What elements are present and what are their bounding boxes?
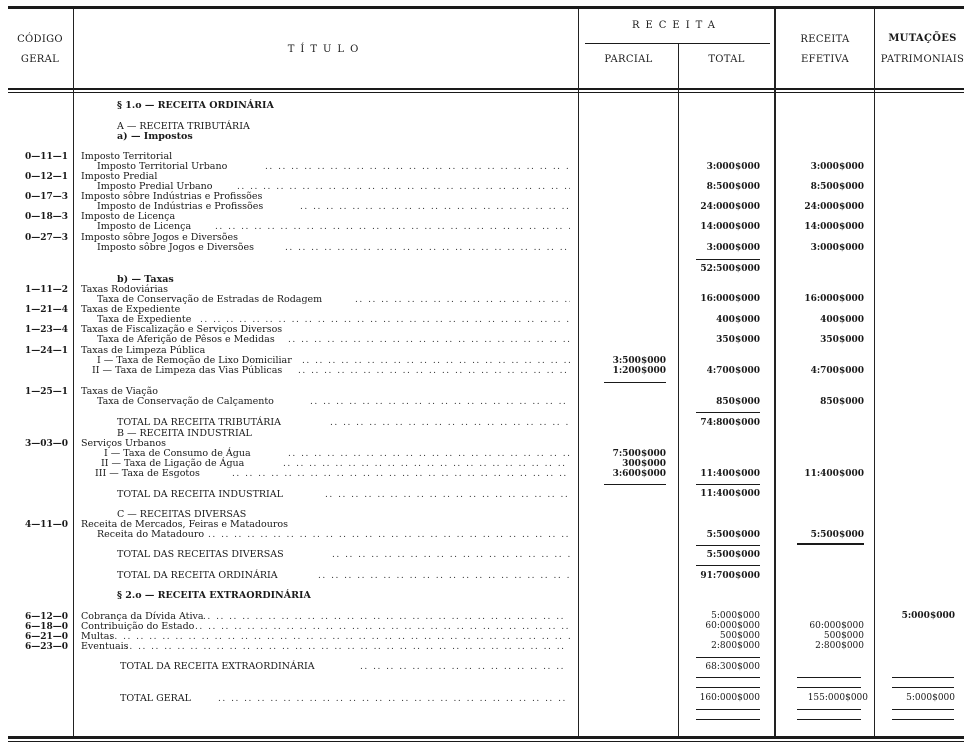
leader-dots: .. .. .. .. .. .. .. .. .. .. .. .. .. .… bbox=[332, 550, 570, 560]
row-code: 6—18—0 bbox=[10, 622, 68, 632]
leader-dots: .. .. .. .. .. .. .. .. .. .. .. .. .. .… bbox=[300, 202, 570, 212]
subtotal-rule bbox=[696, 484, 760, 485]
header-total: TOTAL bbox=[679, 54, 774, 65]
row-efetiva: 60:000$000 bbox=[780, 621, 864, 631]
efetiva-rule bbox=[797, 543, 864, 545]
col-divider-parcial bbox=[678, 44, 679, 736]
col-divider-titulo bbox=[578, 9, 579, 736]
leader-dots: .. .. .. .. .. .. .. .. .. .. .. .. .. .… bbox=[302, 356, 570, 366]
total-receitas-diversas-label: TOTAL DAS RECEITAS DIVERSAS bbox=[117, 550, 284, 560]
row-code: 6—21—0 bbox=[10, 632, 68, 642]
leader-dots: .. .. .. .. .. .. .. .. .. .. .. .. .. .… bbox=[237, 182, 570, 192]
row-efetiva: 11:400$000 bbox=[780, 469, 864, 479]
header-titulo: TÍTULO bbox=[74, 44, 578, 55]
row-total: 60:000$000 bbox=[680, 621, 760, 631]
leader-dots: .. .. .. .. .. .. .. .. .. .. .. .. .. .… bbox=[298, 366, 570, 376]
final-rule bbox=[696, 709, 760, 710]
parcial-rule bbox=[604, 484, 666, 485]
col-divider-code bbox=[73, 9, 74, 736]
header-mutacoes-2: PATRIMONIAIS bbox=[875, 54, 970, 65]
row-efetiva: 14:000$000 bbox=[780, 222, 864, 232]
row-efetiva: 4:700$000 bbox=[780, 366, 864, 376]
total-geral-mutacoes: 5:000$000 bbox=[880, 693, 955, 703]
row-total: 350$000 bbox=[680, 335, 760, 345]
row-efetiva: 16:000$000 bbox=[780, 294, 864, 304]
row-efetiva: 24:000$000 bbox=[780, 202, 864, 212]
leader-dots: .. .. .. .. .. .. .. .. .. .. .. .. .. .… bbox=[125, 642, 570, 652]
total-receita-extraordinaria: 68:300$000 bbox=[680, 662, 760, 672]
final-rule bbox=[892, 709, 954, 710]
row-total: 16:000$000 bbox=[680, 294, 760, 304]
row-efetiva: 5:500$000 bbox=[780, 530, 864, 540]
row-item: Taxa de Conservação de Calçamento bbox=[97, 397, 274, 407]
leader-dots: .. .. .. .. .. .. .. .. .. .. .. .. .. .… bbox=[288, 335, 570, 345]
header-mutacoes-1: MUTAÇÕES bbox=[875, 33, 970, 44]
row-efetiva: 850$000 bbox=[780, 397, 864, 407]
leader-dots: .. .. .. .. .. .. .. .. .. .. .. .. .. .… bbox=[318, 571, 570, 581]
row-item: Receita do Matadouro bbox=[97, 530, 204, 540]
subtotal-rule bbox=[696, 565, 760, 566]
row-efetiva: 3:000$000 bbox=[780, 243, 864, 253]
row-total: 2:800$000 bbox=[680, 641, 760, 651]
leader-dots: .. .. .. .. .. .. .. .. .. .. .. .. .. .… bbox=[265, 162, 570, 172]
row-parcial: 7:500$000 bbox=[590, 449, 666, 459]
row-code: 0—17—3 bbox=[10, 192, 68, 202]
row-code: 0—18—3 bbox=[10, 212, 68, 222]
top-border bbox=[8, 6, 964, 9]
row-parcial: 300$000 bbox=[590, 459, 666, 469]
total-geral-label: TOTAL GERAL bbox=[120, 694, 191, 704]
row-total: 24:000$000 bbox=[680, 202, 760, 212]
final-rule bbox=[797, 719, 861, 720]
row-efetiva: 2:800$000 bbox=[780, 641, 864, 651]
subtotal-rule bbox=[696, 259, 760, 260]
row-code: 1—25—1 bbox=[10, 387, 68, 397]
leader-dots: .. .. .. .. .. .. .. .. .. .. .. .. .. .… bbox=[325, 490, 570, 500]
total-receita-extraordinaria-label: TOTAL DA RECEITA EXTRAORDINÁRIA bbox=[120, 662, 315, 672]
header-bottom-border-2 bbox=[8, 92, 964, 93]
total-receita-industrial: 11:400$000 bbox=[680, 489, 760, 499]
row-efetiva: 500$000 bbox=[780, 631, 864, 641]
row-code: 0—12—1 bbox=[10, 172, 68, 182]
row-item: Imposto de Licença bbox=[97, 222, 191, 232]
row-total: 3:000$000 bbox=[680, 162, 760, 172]
total-rule bbox=[696, 687, 760, 688]
total-rule bbox=[797, 687, 861, 688]
leader-dots: .. .. .. .. .. .. .. .. .. .. .. .. .. .… bbox=[195, 622, 570, 632]
leader-dots: .. .. .. .. .. .. .. .. .. .. .. .. .. .… bbox=[283, 459, 570, 469]
total-rule bbox=[797, 677, 861, 678]
row-item: Imposto sôbre Jogos e Diversões bbox=[97, 243, 254, 253]
section-receita-extraordinaria: § 2.o — RECEITA EXTRAORDINÁRIA bbox=[117, 591, 311, 601]
header-codigo: CÓDIGO bbox=[8, 34, 72, 45]
row-item: III — Taxa de Esgotos bbox=[95, 469, 200, 479]
col-divider-total bbox=[774, 9, 776, 736]
row-total: 11:400$000 bbox=[680, 469, 760, 479]
leader-dots: .. .. .. .. .. .. .. .. .. .. .. .. .. .… bbox=[285, 243, 570, 253]
header-geral: GERAL bbox=[8, 54, 72, 65]
row-code: 1—21—4 bbox=[10, 305, 68, 315]
row-item: II — Taxa de Limpeza das Vias Públicas bbox=[92, 366, 282, 376]
leader-dots: .. .. .. .. .. .. .. .. .. .. .. .. .. .… bbox=[208, 530, 570, 540]
row-total: 8:500$000 bbox=[680, 182, 760, 192]
total-geral-total: 160:000$000 bbox=[680, 693, 760, 703]
row-total: 500$000 bbox=[680, 631, 760, 641]
col-divider-efetiva bbox=[874, 9, 875, 736]
row-total: 3:000$000 bbox=[680, 243, 760, 253]
subtotal-impostos: 52:500$000 bbox=[680, 264, 760, 274]
leader-dots: .. .. .. .. .. .. .. .. .. .. .. .. .. .… bbox=[218, 694, 570, 704]
leader-dots: .. .. .. .. .. .. .. .. .. .. .. .. .. .… bbox=[232, 469, 570, 479]
row-code: 0—11—1 bbox=[10, 152, 68, 162]
bottom-border bbox=[8, 736, 964, 739]
bottom-border-2 bbox=[8, 741, 964, 742]
total-receita-industrial-label: TOTAL DA RECEITA INDUSTRIAL bbox=[117, 490, 283, 500]
final-rule bbox=[797, 709, 861, 710]
row-code: 4—11—0 bbox=[10, 520, 68, 530]
leader-dots: .. .. .. .. .. .. .. .. .. .. .. .. .. .… bbox=[310, 397, 570, 407]
total-receita-ordinaria: 91:700$000 bbox=[680, 571, 760, 581]
total-receita-tributaria: 74:800$000 bbox=[680, 418, 760, 428]
row-efetiva: 350$000 bbox=[780, 335, 864, 345]
final-rule bbox=[696, 719, 760, 720]
leader-dots: .. .. .. .. .. .. .. .. .. .. .. .. .. .… bbox=[355, 295, 570, 305]
total-receitas-diversas: 5:500$000 bbox=[680, 550, 760, 560]
total-receita-tributaria-label: TOTAL DA RECEITA TRIBUTÁRIA bbox=[117, 418, 281, 428]
row-code: 3—03—0 bbox=[10, 439, 68, 449]
row-code: 0—27—3 bbox=[10, 233, 68, 243]
header-receita-efetiva-1: RECEITA bbox=[776, 34, 874, 45]
row-total: 5:500$000 bbox=[680, 530, 760, 540]
total-rule bbox=[696, 677, 760, 678]
row-total: 14:000$000 bbox=[680, 222, 760, 232]
leader-dots: .. .. .. .. .. .. .. .. .. .. .. .. .. .… bbox=[215, 222, 570, 232]
header-receita: RECEITA bbox=[579, 20, 774, 31]
row-item: Eventuais bbox=[81, 642, 129, 652]
row-parcial: 1:200$000 bbox=[590, 366, 666, 376]
row-total: 4:700$000 bbox=[680, 366, 760, 376]
header-bottom-border bbox=[8, 88, 964, 90]
leader-dots: .. .. .. .. .. .. .. .. .. .. .. .. .. .… bbox=[360, 662, 570, 672]
row-total: 850$000 bbox=[680, 397, 760, 407]
row-code: 6—12—0 bbox=[10, 612, 68, 622]
row-total: 400$000 bbox=[680, 315, 760, 325]
parcial-rule bbox=[604, 382, 666, 383]
subsection-impostos: a) — Impostos bbox=[117, 132, 193, 142]
row-mutacoes: 5:000$000 bbox=[880, 611, 955, 621]
leader-dots: .. .. .. .. .. .. .. .. .. .. .. .. .. .… bbox=[110, 632, 570, 642]
row-total: 5:000$000 bbox=[680, 611, 760, 621]
row-code: 1—23—4 bbox=[10, 325, 68, 335]
row-item: Taxa de Aferição de Pêsos e Medidas bbox=[97, 335, 275, 345]
section-receita-ordinaria: § 1.o — RECEITA ORDINÁRIA bbox=[117, 101, 274, 111]
row-parcial: 3:500$000 bbox=[590, 356, 666, 366]
row-parcial: 3:600$000 bbox=[590, 469, 666, 479]
header-receita-efetiva-2: EFETIVA bbox=[776, 54, 874, 65]
row-code: 6—23—0 bbox=[10, 642, 68, 652]
row-code: 1—11—2 bbox=[10, 285, 68, 295]
subtotal-rule bbox=[696, 657, 760, 658]
leader-dots: .. .. .. .. .. .. .. .. .. .. .. .. .. .… bbox=[330, 418, 570, 428]
subtotal-rule bbox=[696, 412, 760, 413]
row-code: 1—24—1 bbox=[10, 346, 68, 356]
header-parcial: PARCIAL bbox=[579, 54, 678, 65]
total-geral-efetiva: 155:000$000 bbox=[780, 693, 868, 703]
final-rule bbox=[892, 719, 954, 720]
row-efetiva: 3:000$000 bbox=[780, 162, 864, 172]
total-rule bbox=[892, 677, 954, 678]
receita-subheader-rule bbox=[585, 43, 770, 44]
subtotal-rule bbox=[696, 545, 760, 546]
row-efetiva: 8:500$000 bbox=[780, 182, 864, 192]
total-receita-ordinaria-label: TOTAL DA RECEITA ORDINÁRIA bbox=[117, 571, 278, 581]
row-efetiva: 400$000 bbox=[780, 315, 864, 325]
total-rule bbox=[892, 687, 954, 688]
leader-dots: .. .. .. .. .. .. .. .. .. .. .. .. .. .… bbox=[203, 612, 570, 622]
leader-dots: .. .. .. .. .. .. .. .. .. .. .. .. .. .… bbox=[288, 449, 570, 459]
